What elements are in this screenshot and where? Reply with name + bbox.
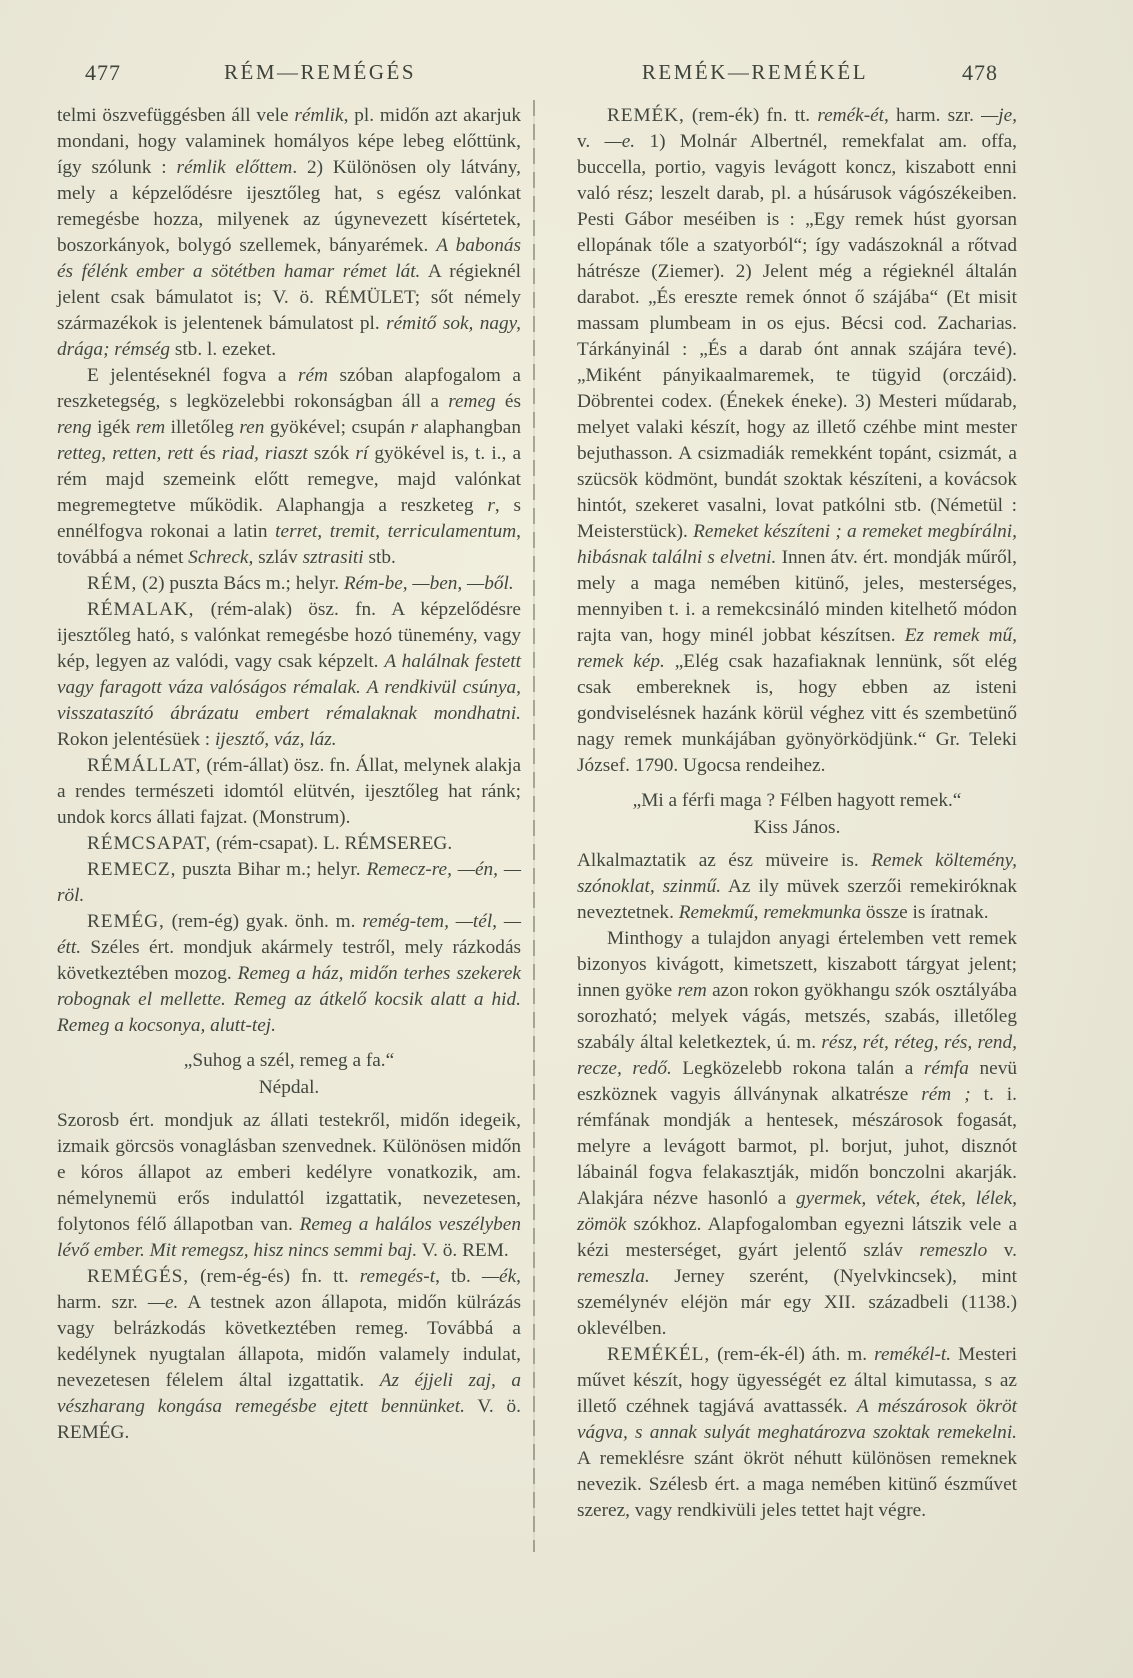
dictionary-paragraph: E jelentéseknél fogva a rém szóban alapf… xyxy=(57,363,521,571)
entry-headword: REMÉKÉL, xyxy=(607,1344,710,1365)
left-column: telmi öszvefüggésben áll vele rémlik, pl… xyxy=(57,103,521,1446)
text-segment: v. xyxy=(577,131,605,152)
dictionary-paragraph: Alkalmaztatik az ész müveire is. Remek k… xyxy=(577,848,1017,926)
dictionary-paragraph: Minthogy a tulajdon anyagi értelemben ve… xyxy=(577,926,1017,1342)
text-segment: remék-ét xyxy=(817,105,884,126)
text-segment: és xyxy=(193,443,221,464)
text-segment: össze is íratnak. xyxy=(861,902,988,923)
text-segment: Schreck, xyxy=(188,547,253,568)
entry-headword: REMÉGÉS, xyxy=(87,1266,189,1287)
entry-headword: REMECZ, xyxy=(87,859,176,880)
text-segment: és xyxy=(496,391,521,412)
text-segment: r xyxy=(411,417,419,438)
quote-attribution: Kiss János. xyxy=(577,815,1017,841)
text-segment: , harm. szr. xyxy=(884,105,981,126)
text-segment: —e. xyxy=(148,1292,179,1313)
text-segment: (rem-ék-él) áth. m. xyxy=(710,1344,874,1365)
dictionary-paragraph: REMÉG, (rem-ég) gyak. önh. m. remég-tem,… xyxy=(57,909,521,1039)
text-segment: r xyxy=(487,495,495,516)
text-segment: rém xyxy=(298,365,328,386)
text-segment: Rém-be, —ben, —ből. xyxy=(344,573,514,594)
dictionary-paragraph: RÉMCSAPAT, (rém-csapat). L. RÉMSEREG. xyxy=(57,831,521,857)
quote-line: „Mi a férfi maga ? Félben hagyott remek.… xyxy=(577,788,1017,814)
text-segment: puszta Bihar m.; helyr. xyxy=(176,859,366,880)
text-segment: szók xyxy=(308,443,356,464)
column-divider-line xyxy=(533,100,535,1552)
text-segment: rémfa xyxy=(924,1058,969,1079)
dictionary-paragraph: REMECZ, puszta Bihar m.; helyr. Remecz-r… xyxy=(57,857,521,909)
text-segment: , tb. xyxy=(435,1266,482,1287)
dictionary-paragraph: REMÉKÉL, (rem-ék-él) áth. m. remékél-t. … xyxy=(577,1342,1017,1524)
text-segment: Remekmű xyxy=(679,902,754,923)
quote-attribution: Népdal. xyxy=(57,1075,521,1101)
page-number-left: 477 xyxy=(85,60,121,86)
dictionary-paragraph: telmi öszvefüggésben áll vele rémlik, pl… xyxy=(57,103,521,363)
text-segment: riad, riaszt xyxy=(222,443,308,464)
text-segment: Alkalmaztatik az ész müveire is. xyxy=(577,850,871,871)
text-segment: V. ö. REM. xyxy=(417,1240,508,1261)
dictionary-paragraph: RÉM, (2) puszta Bács m.; helyr. Rém-be, … xyxy=(57,571,521,597)
dictionary-paragraph: Szorosb ért. mondjuk az állati testekről… xyxy=(57,1108,521,1264)
entry-headword: RÉM, xyxy=(87,573,137,594)
dictionary-paragraph: REMÉGÉS, (rem-ég-és) fn. tt. remegés-t, … xyxy=(57,1264,521,1446)
page-number-right: 478 xyxy=(962,60,998,86)
verse-quote: „Mi a férfi maga ? Félben hagyott remek.… xyxy=(577,788,1017,841)
entry-headword: RÉMCSAPAT, xyxy=(87,833,211,854)
dictionary-paragraph: RÉMALAK, (rém-alak) ösz. fn. A képzelődé… xyxy=(57,597,521,753)
text-segment: remékél-t. xyxy=(874,1344,951,1365)
text-segment: , xyxy=(754,902,764,923)
text-segment: rémlik xyxy=(294,105,343,126)
text-segment: rem xyxy=(678,980,707,1001)
text-segment: (rem-ék) fn. tt. xyxy=(685,105,818,126)
dictionary-paragraph: REMÉK, (rem-ék) fn. tt. remék-ét, harm. … xyxy=(577,103,1017,779)
text-segment: ren xyxy=(239,417,264,438)
text-segment: remekmunka xyxy=(763,902,861,923)
text-segment: Legközelebb rokona talán a xyxy=(672,1058,924,1079)
text-segment: alaphangban xyxy=(418,417,521,438)
entry-headword: RÉMALAK, xyxy=(87,599,194,620)
verse-quote: „Suhog a szél, remeg a fa.“Népdal. xyxy=(57,1048,521,1101)
running-head-right: REMÉK—REMÉKÉL xyxy=(642,60,868,85)
text-segment: (rem-ég) gyak. önh. m. xyxy=(165,911,363,932)
text-segment: gyökével; csupán xyxy=(264,417,410,438)
text-segment: reng xyxy=(57,417,92,438)
text-segment: stb. l. ezeket. xyxy=(170,339,276,360)
text-segment: sztrasiti xyxy=(303,547,364,568)
text-segment: 1) Molnár Albertnél, remekfalat am. offa… xyxy=(577,131,1017,542)
text-segment: —e. xyxy=(605,131,636,152)
text-segment: —je, xyxy=(981,105,1017,126)
text-segment: —ék xyxy=(482,1266,516,1287)
dictionary-paragraph: RÉMÁLLAT, (rém-állat) ösz. fn. Állat, me… xyxy=(57,753,521,831)
right-column: REMÉK, (rem-ék) fn. tt. remék-ét, harm. … xyxy=(577,103,1017,1524)
text-segment: E jelentéseknél fogva a xyxy=(87,365,298,386)
text-segment: igék xyxy=(92,417,136,438)
text-segment: ijesztő, váz, láz. xyxy=(215,729,337,750)
running-head-left: RÉM—REMÉGÉS xyxy=(224,60,416,85)
text-segment: rémlik előttem xyxy=(176,157,292,178)
text-segment: (2) puszta Bács m.; helyr. xyxy=(137,573,344,594)
text-segment: v. xyxy=(987,1240,1017,1261)
text-segment: remeg xyxy=(448,391,495,412)
text-segment: illetőleg xyxy=(165,417,239,438)
text-segment: stb. xyxy=(364,547,396,568)
text-segment: remegés-t xyxy=(360,1266,435,1287)
text-segment: A remeklésre szánt ökröt néhutt különöse… xyxy=(577,1448,1017,1521)
text-segment: terret, tremit, terriculamentum xyxy=(275,521,516,542)
entry-headword: REMÉG, xyxy=(87,911,165,932)
entry-headword: REMÉK, xyxy=(607,105,685,126)
text-segment: remeszlo xyxy=(919,1240,987,1261)
quote-line: „Suhog a szél, remeg a fa.“ xyxy=(57,1048,521,1074)
text-segment: Rokon jelentésüek : xyxy=(57,729,215,750)
text-segment: (rem-ég-és) fn. tt. xyxy=(189,1266,360,1287)
text-segment: retteg, retten, rett xyxy=(57,443,193,464)
text-segment: remeszla. xyxy=(577,1266,650,1287)
text-segment: telmi öszvefüggésben áll vele xyxy=(57,105,294,126)
text-segment: rém ; xyxy=(921,1084,970,1105)
entry-headword: RÉMÁLLAT, xyxy=(87,755,201,776)
text-segment: rí xyxy=(355,443,368,464)
text-segment: rem xyxy=(136,417,165,438)
text-segment: szláv xyxy=(253,547,302,568)
text-segment: (rém-csapat). L. RÉMSEREG. xyxy=(211,833,452,854)
